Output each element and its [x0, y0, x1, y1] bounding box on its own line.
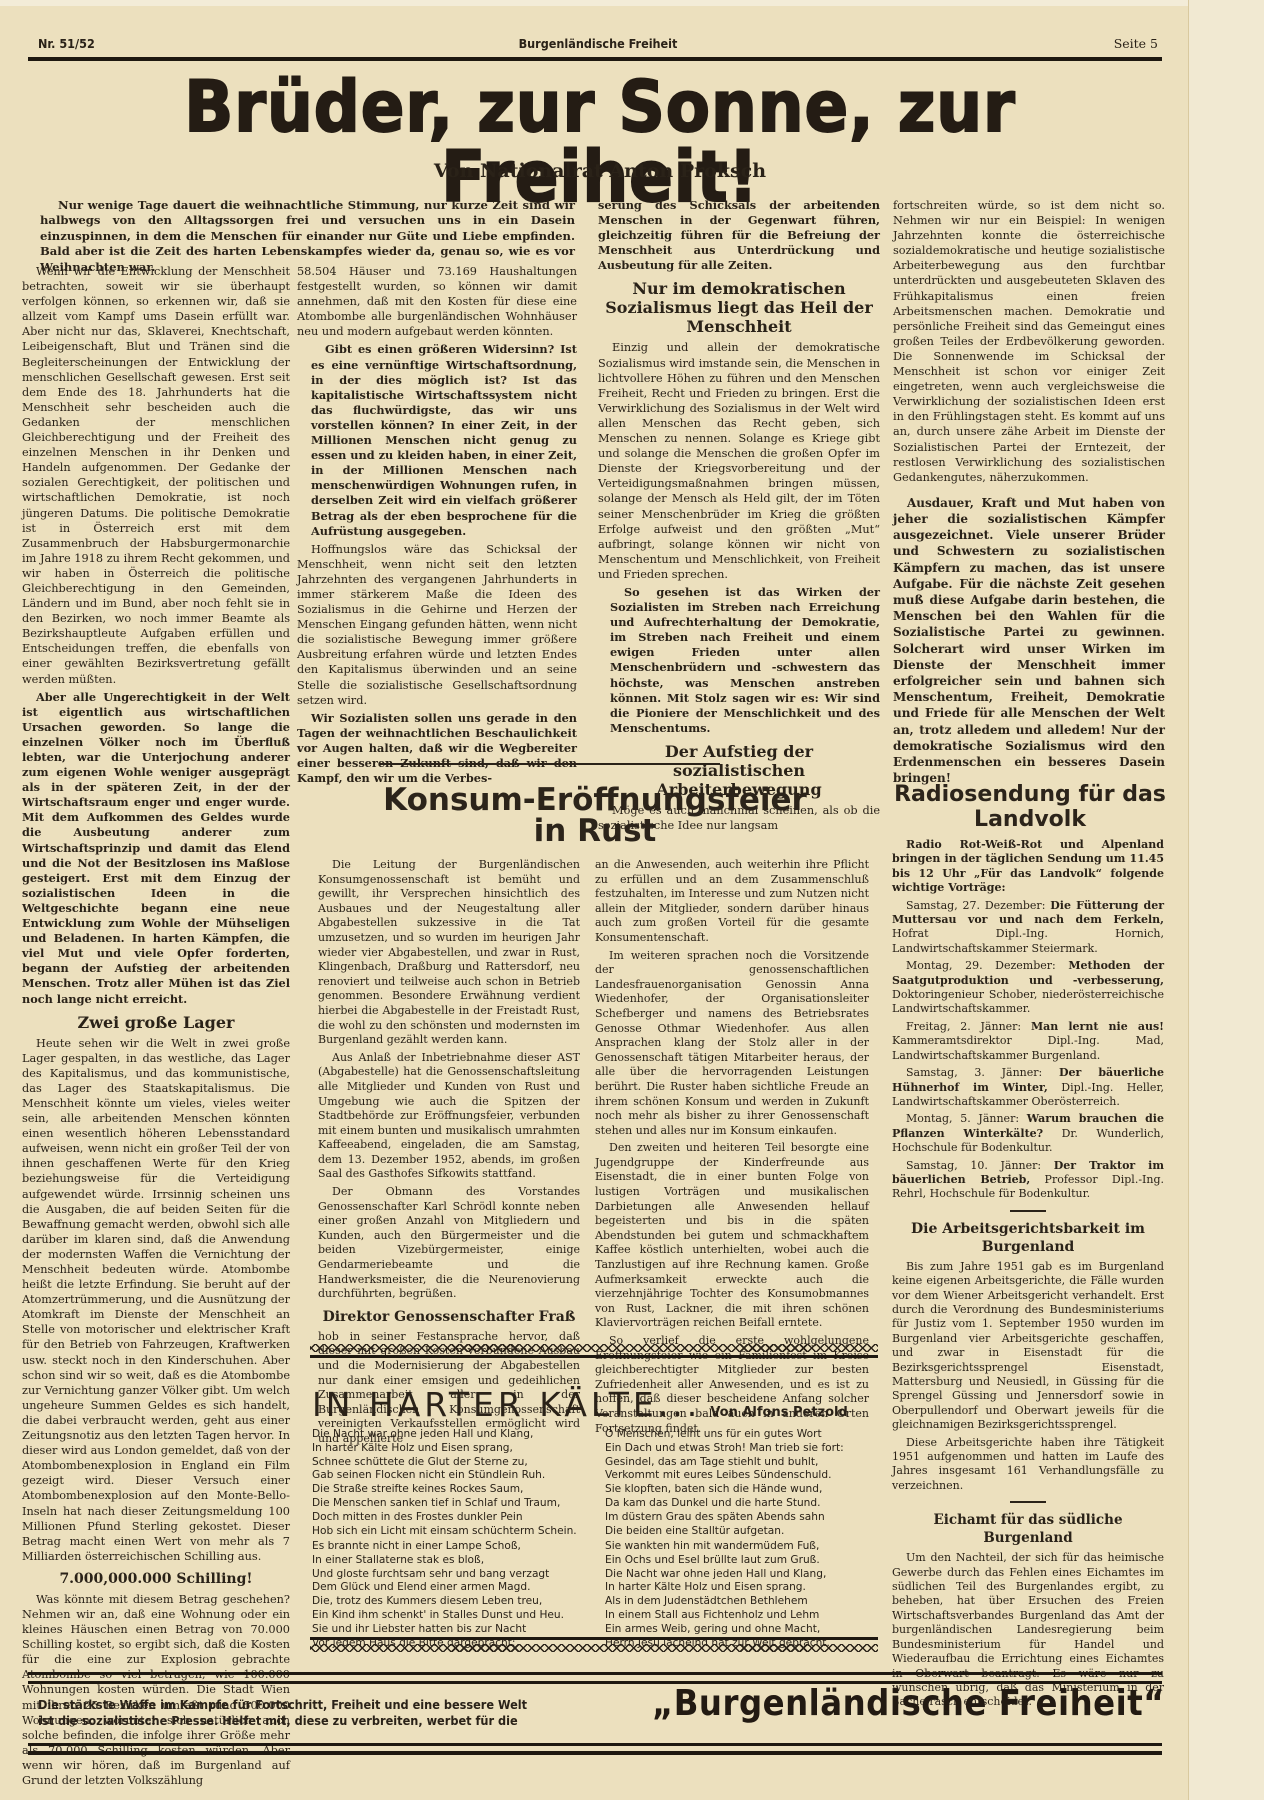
radio-intro: Radio Rot-Weiß-Rot und Alpenland bringen…	[892, 838, 1164, 896]
poem-stanza-3: Es brannte nicht in einer Lampe Schoß, I…	[312, 1540, 564, 1650]
paragraph: Wenn wir die Entwicklung der Menschheit …	[22, 264, 290, 687]
poem-zigzag-bottom	[310, 1644, 878, 1652]
paragraph: Den zweiten und heiteren Teil besorgte e…	[595, 1141, 869, 1331]
scan-top-edge	[0, 0, 1264, 6]
main-article-column-3: serung des Schicksals der arbeitenden Me…	[598, 198, 880, 836]
schedule-date: Samstag, 27. Dezember:	[906, 899, 1045, 912]
divider	[1010, 1210, 1046, 1212]
page-number: Seite 5	[1114, 36, 1158, 51]
main-article-column-2: 58.504 Häuser und 73.169 Haushaltungen f…	[297, 264, 577, 789]
main-article-column-4: fortschreiten würde, so ist dem nicht so…	[893, 198, 1165, 789]
radio-headline: Radiosendung für das Landvolk	[885, 782, 1175, 832]
paragraph-bold: Wir Sozialisten sollen uns gerade in den…	[297, 711, 577, 786]
footer-slogan-line2: ist die sozialistische Presse. Helfet mi…	[38, 1713, 638, 1729]
schedule-topic: Man lernt nie aus!	[1031, 1020, 1164, 1033]
paragraph: 58.504 Häuser und 73.169 Haushaltungen f…	[297, 264, 577, 339]
section-divider	[380, 763, 720, 765]
footer-rule-4	[28, 1751, 1162, 1755]
subheading-zwei-grosse-lager: Zwei große Lager	[22, 1013, 290, 1032]
paragraph: Hoffnungslos wäre das Schicksal der Mens…	[297, 542, 577, 708]
eichamt-headline: Eichamt für das südliche Burgenland	[892, 1511, 1164, 1547]
footer-rule-3	[28, 1743, 1162, 1746]
schedule-date: Samstag, 10. Jänner:	[906, 1159, 1041, 1172]
poem-rule-top	[310, 1355, 878, 1358]
paragraph: Bis zum Jahre 1951 gab es im Burgenland …	[892, 1260, 1164, 1433]
paragraph: Die Leitung der Burgenländischen Konsumg…	[318, 858, 580, 1048]
footer-slogan-line1: Die stärkste Waffe im Kampfe für Fortsch…	[38, 1697, 638, 1713]
paper-name: Burgenländische Freiheit	[38, 36, 1158, 51]
schedule-speaker: Doktoringenieur Schober, niederösterreic…	[892, 988, 1164, 1015]
radio-schedule-item: Montag, 5. Jänner: Warum brauchen die Pf…	[892, 1112, 1164, 1155]
schedule-date: Montag, 5. Jänner:	[906, 1112, 1019, 1125]
radio-schedule-item: Montag, 29. Dezember: Methoden der Saatg…	[892, 959, 1164, 1017]
radio-schedule-list: Samstag, 27. Dezember: Die Fütterung der…	[892, 899, 1164, 1202]
paragraph-bold: Gibt es einen größeren Widersinn? Ist es…	[311, 342, 577, 538]
radio-schedule-item: Samstag, 3. Jänner: Der bäuerliche Hühne…	[892, 1066, 1164, 1109]
footer-slogan: Die stärkste Waffe im Kampfe für Fortsch…	[38, 1697, 638, 1729]
schedule-date: Samstag, 3. Jänner:	[906, 1066, 1042, 1079]
konsum-headline: Konsum-Eröffnungsfeier in Rust	[310, 785, 880, 847]
paragraph: Im weiteren sprachen noch die Vorsitzend…	[595, 949, 869, 1139]
radio-schedule-item: Samstag, 10. Jänner: Der Traktor im bäue…	[892, 1159, 1164, 1202]
main-article-column-1: Wenn wir die Entwicklung der Menschheit …	[22, 264, 290, 1791]
schedule-date: Montag, 29. Dezember:	[906, 959, 1056, 972]
poem-title-block: IN HARTER KÄLTE... Von Alfons Petzold	[312, 1385, 872, 1424]
poem-zigzag-top	[310, 1344, 878, 1352]
poem-stanza-4: Sie wankten hin mit wandermüdem Fuß, Ein…	[605, 1540, 830, 1650]
paragraph: Was könnte mit diesem Betrag geschehen? …	[22, 1592, 290, 1788]
masthead-rule	[28, 57, 1162, 61]
poem-stanza-2: O Menschen, leiht uns für ein gutes Wort…	[605, 1428, 844, 1538]
divider	[1010, 1501, 1046, 1503]
paragraph: fortschreiten würde, so ist dem nicht so…	[893, 198, 1165, 485]
footer-rule-1	[28, 1672, 1162, 1675]
paragraph-bold: serung des Schicksals der arbeitenden Me…	[598, 198, 880, 273]
paragraph: Der Obmann des Vorstandes Genossenschaft…	[318, 1185, 580, 1302]
poem-author: Von Alfons Petzold	[710, 1405, 848, 1420]
poem-title: IN HARTER KÄLTE...	[312, 1385, 701, 1424]
schedule-speaker: Kammeramtsdirektor Dipl.-Ing. Mad, Landw…	[892, 1034, 1164, 1061]
subheading-direktor-frass: Direktor Genossenschafter Fraß	[318, 1308, 580, 1326]
paragraph: Einzig und allein der demokratische Sozi…	[598, 340, 880, 582]
subheading-schilling: 7.000,000.000 Schilling!	[22, 1570, 290, 1588]
konsum-headline-line2: in Rust	[310, 816, 880, 847]
konsum-headline-line1: Konsum-Eröffnungsfeier	[310, 785, 880, 816]
subheading-demokratischer-sozialismus: Nur im demokratischen Sozialismus liegt …	[598, 279, 880, 336]
masthead: Nr. 51/52 Burgenländische Freiheit Seite…	[38, 36, 1158, 58]
radio-column: Radio Rot-Weiß-Rot und Alpenland bringen…	[892, 838, 1164, 1713]
radio-schedule-item: Freitag, 2. Jänner: Man lernt nie aus! K…	[892, 1020, 1164, 1063]
main-headline: Brüder, zur Sonne, zur Freiheit!	[76, 72, 1125, 212]
paragraph-bold: So gesehen ist das Wirken der Sozialiste…	[610, 585, 880, 736]
poem-rule-bottom	[310, 1637, 878, 1640]
schedule-date: Freitag, 2. Jänner:	[906, 1020, 1021, 1033]
radio-schedule-item: Samstag, 27. Dezember: Die Fütterung der…	[892, 899, 1164, 957]
byline: Von Nationalrat Anton Proksch	[30, 160, 1170, 182]
poem-stanza-1: Die Nacht war ohne jeden Hall und Klang,…	[312, 1428, 577, 1538]
arbeitsgericht-headline: Die Arbeitsgerichtsbarkeit im Burgenland	[892, 1220, 1164, 1256]
paragraph: Diese Arbeitsgerichte haben ihre Tätigke…	[892, 1436, 1164, 1494]
scan-right-margin	[1188, 0, 1264, 1800]
paragraph: Heute sehen wir die Welt in zwei große L…	[22, 1036, 290, 1564]
schedule-speaker: Hofrat Dipl.-Ing. Hornich, Landwirtschaf…	[892, 927, 1164, 954]
konsum-column-1: Die Leitung der Burgenländischen Konsumg…	[318, 858, 580, 1450]
paragraph-bold: Ausdauer, Kraft und Mut haben von jeher …	[893, 495, 1165, 787]
paragraph: Aus Anlaß der Inbetriebnahme dieser AST …	[318, 1051, 580, 1182]
paragraph: an die Anwesenden, auch weiterhin ihre P…	[595, 858, 869, 946]
footer-paper-name: „Burgenländische Freiheit“	[640, 1686, 1165, 1722]
paragraph-bold: Aber alle Ungerechtigkeit in der Welt is…	[22, 690, 290, 1007]
